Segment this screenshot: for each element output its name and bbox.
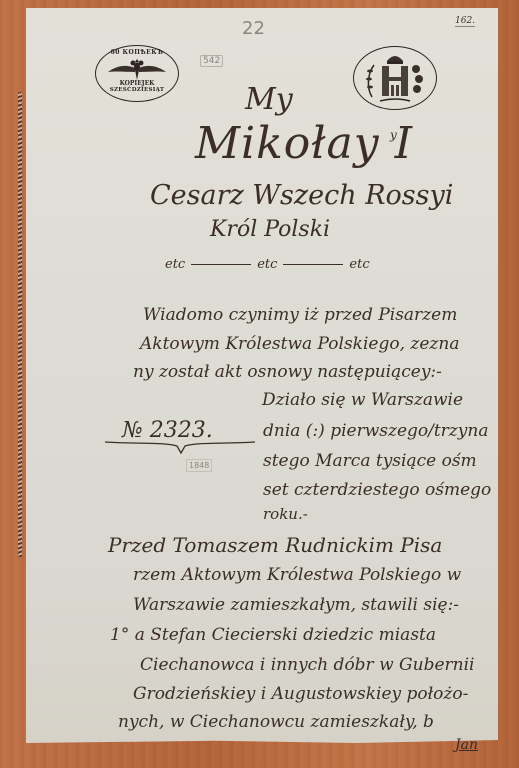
etc-2: etc	[257, 257, 277, 272]
pencil-number-top: 22	[242, 18, 265, 39]
stamp-middle-text: KOPIEJEK	[96, 80, 178, 87]
text-line-10: rzem Aktowym Krόlestwa Polskiego w	[133, 565, 461, 585]
crowned-h-monogram-icon	[360, 49, 430, 107]
text-line-8: roku.-	[263, 505, 308, 523]
text-line-11: Warszawie zamieszkałym, stawili się:-	[133, 595, 459, 615]
text-line-14: Grodzieńskiey i Augustowskiey położo-	[133, 684, 468, 704]
text-line-4: Działo się w Warszawie	[262, 390, 463, 410]
text-line-9: Przed Tomaszem Rudnickim Pisa	[108, 533, 442, 557]
stamp-bottom-text: SZEŚĆDZIESIĄT	[96, 87, 178, 93]
heading-etc: etcetcetc	[165, 257, 370, 272]
text-line-3: ny został akt osnowy następuiącey:-	[133, 362, 442, 382]
text-line-5: dnia (:) pierwszego/trzyna	[263, 421, 488, 441]
heading-my: My	[245, 82, 293, 117]
pencil-year: 1848	[186, 459, 212, 472]
heading-title-king: Krόl Polski	[210, 217, 330, 242]
binding-cord	[18, 92, 22, 557]
catchword: Jan	[455, 737, 478, 753]
etc-3: etc	[349, 257, 369, 272]
stamp-top-text: 60 КОПѢЕКЪ	[96, 49, 178, 56]
tax-stamp-60-kopeks: 60 КОПѢЕКЪ KOPIEJEK SZEŚĆDZIESIĄT	[95, 45, 179, 102]
text-line-7: set czterdziestego ośmego	[263, 480, 491, 500]
folio-number: 162.	[455, 16, 475, 27]
brace-flourish-icon	[105, 440, 255, 454]
divider	[191, 264, 251, 265]
pencil-boxed-number: 542	[200, 55, 223, 67]
imperial-monogram-stamp	[353, 46, 437, 110]
text-line-12: 1° a Stefan Ciecierski dziedzic miasta	[110, 625, 436, 645]
text-line-2: Aktowym Krόlestwa Polskiego, zezna	[140, 334, 459, 354]
heading-title-emperor: Cesarz Wszech Rossyi	[150, 180, 453, 211]
heading-monarch-name: Mikołay I	[195, 118, 413, 169]
text-line-15: nych, w Ciechanowcu zamieszkały, b	[118, 712, 434, 732]
divider	[283, 264, 343, 265]
heading-name-suffix: y	[390, 128, 397, 142]
text-line-1: Wiadomo czynimy iż przed Pisarzem	[143, 305, 457, 325]
text-line-6: stego Marca tysiące ośm	[263, 451, 477, 471]
text-line-13: Ciechanowca i innych dόbr w Gubernii	[140, 655, 474, 675]
etc-1: etc	[165, 257, 185, 272]
double-headed-eagle-icon	[106, 58, 168, 82]
